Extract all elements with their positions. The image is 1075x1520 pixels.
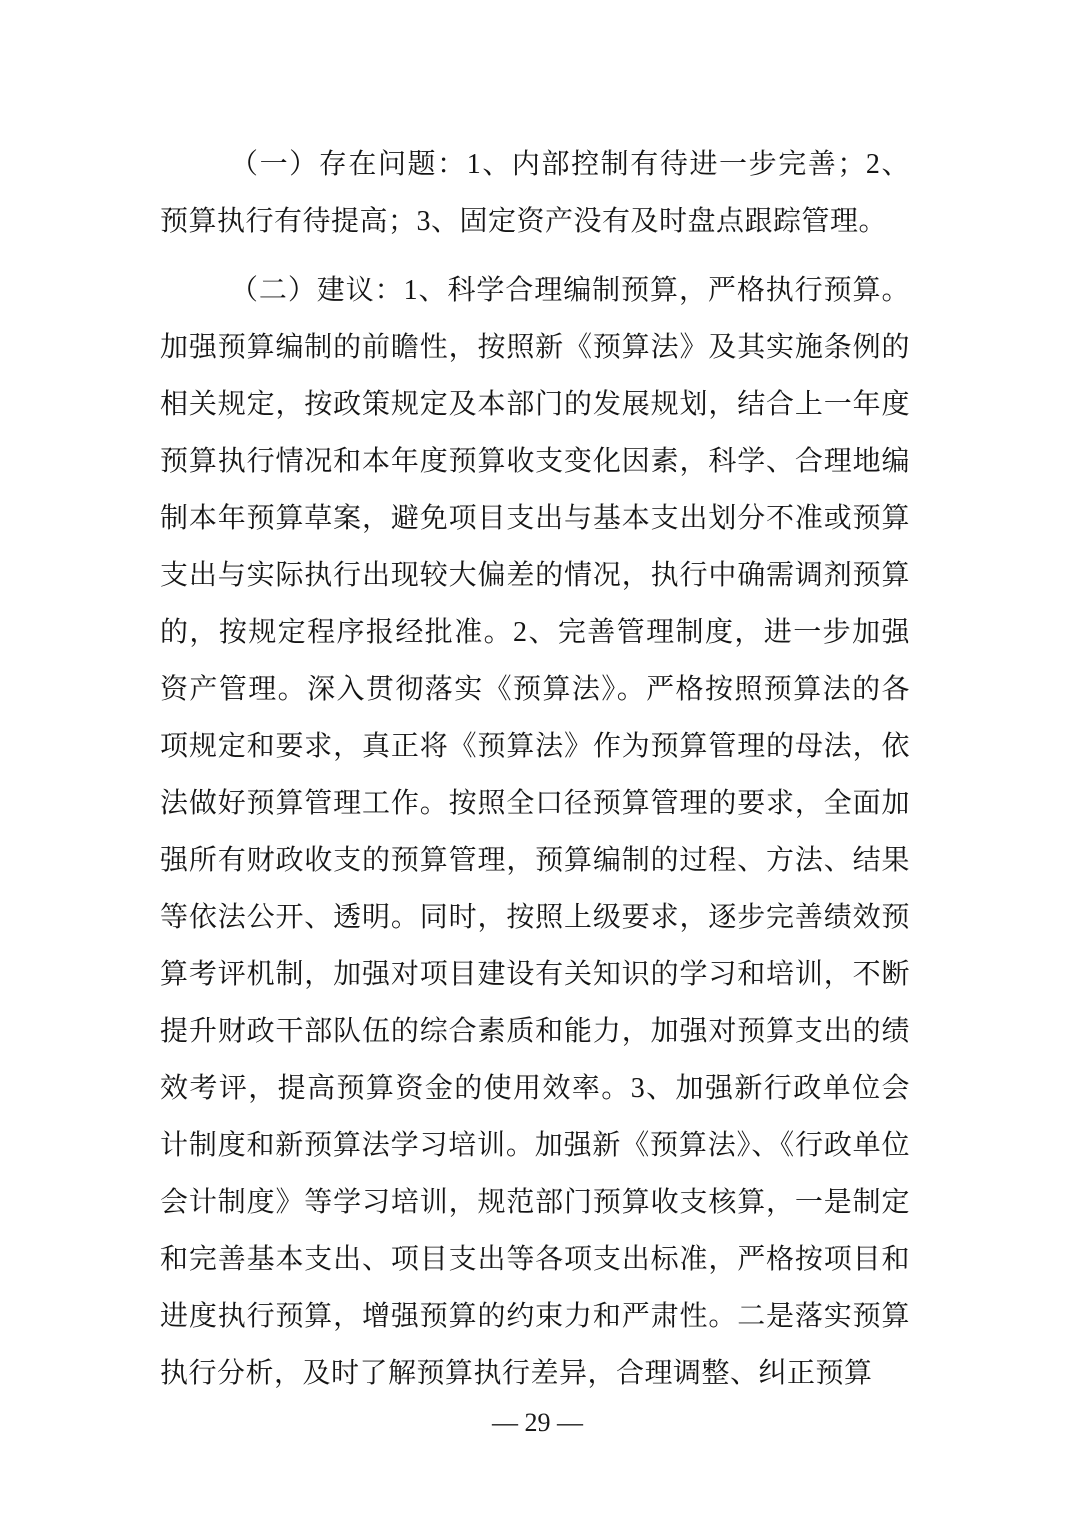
paragraph-existing-issues: （一）存在问题：1、内部控制有待进一步完善；2、预算执行有待提高；3、固定资产没…	[160, 136, 910, 250]
document-body: （一）存在问题：1、内部控制有待进一步完善；2、预算执行有待提高；3、固定资产没…	[160, 136, 910, 1402]
paragraph-suggestions: （二）建议：1、科学合理编制预算，严格执行预算。加强预算编制的前瞻性，按照新《预…	[160, 262, 910, 1402]
page-footer: — 29 —	[0, 1408, 1075, 1438]
page-number: — 29 —	[492, 1408, 583, 1437]
document-page: （一）存在问题：1、内部控制有待进一步完善；2、预算执行有待提高；3、固定资产没…	[0, 0, 1075, 1520]
